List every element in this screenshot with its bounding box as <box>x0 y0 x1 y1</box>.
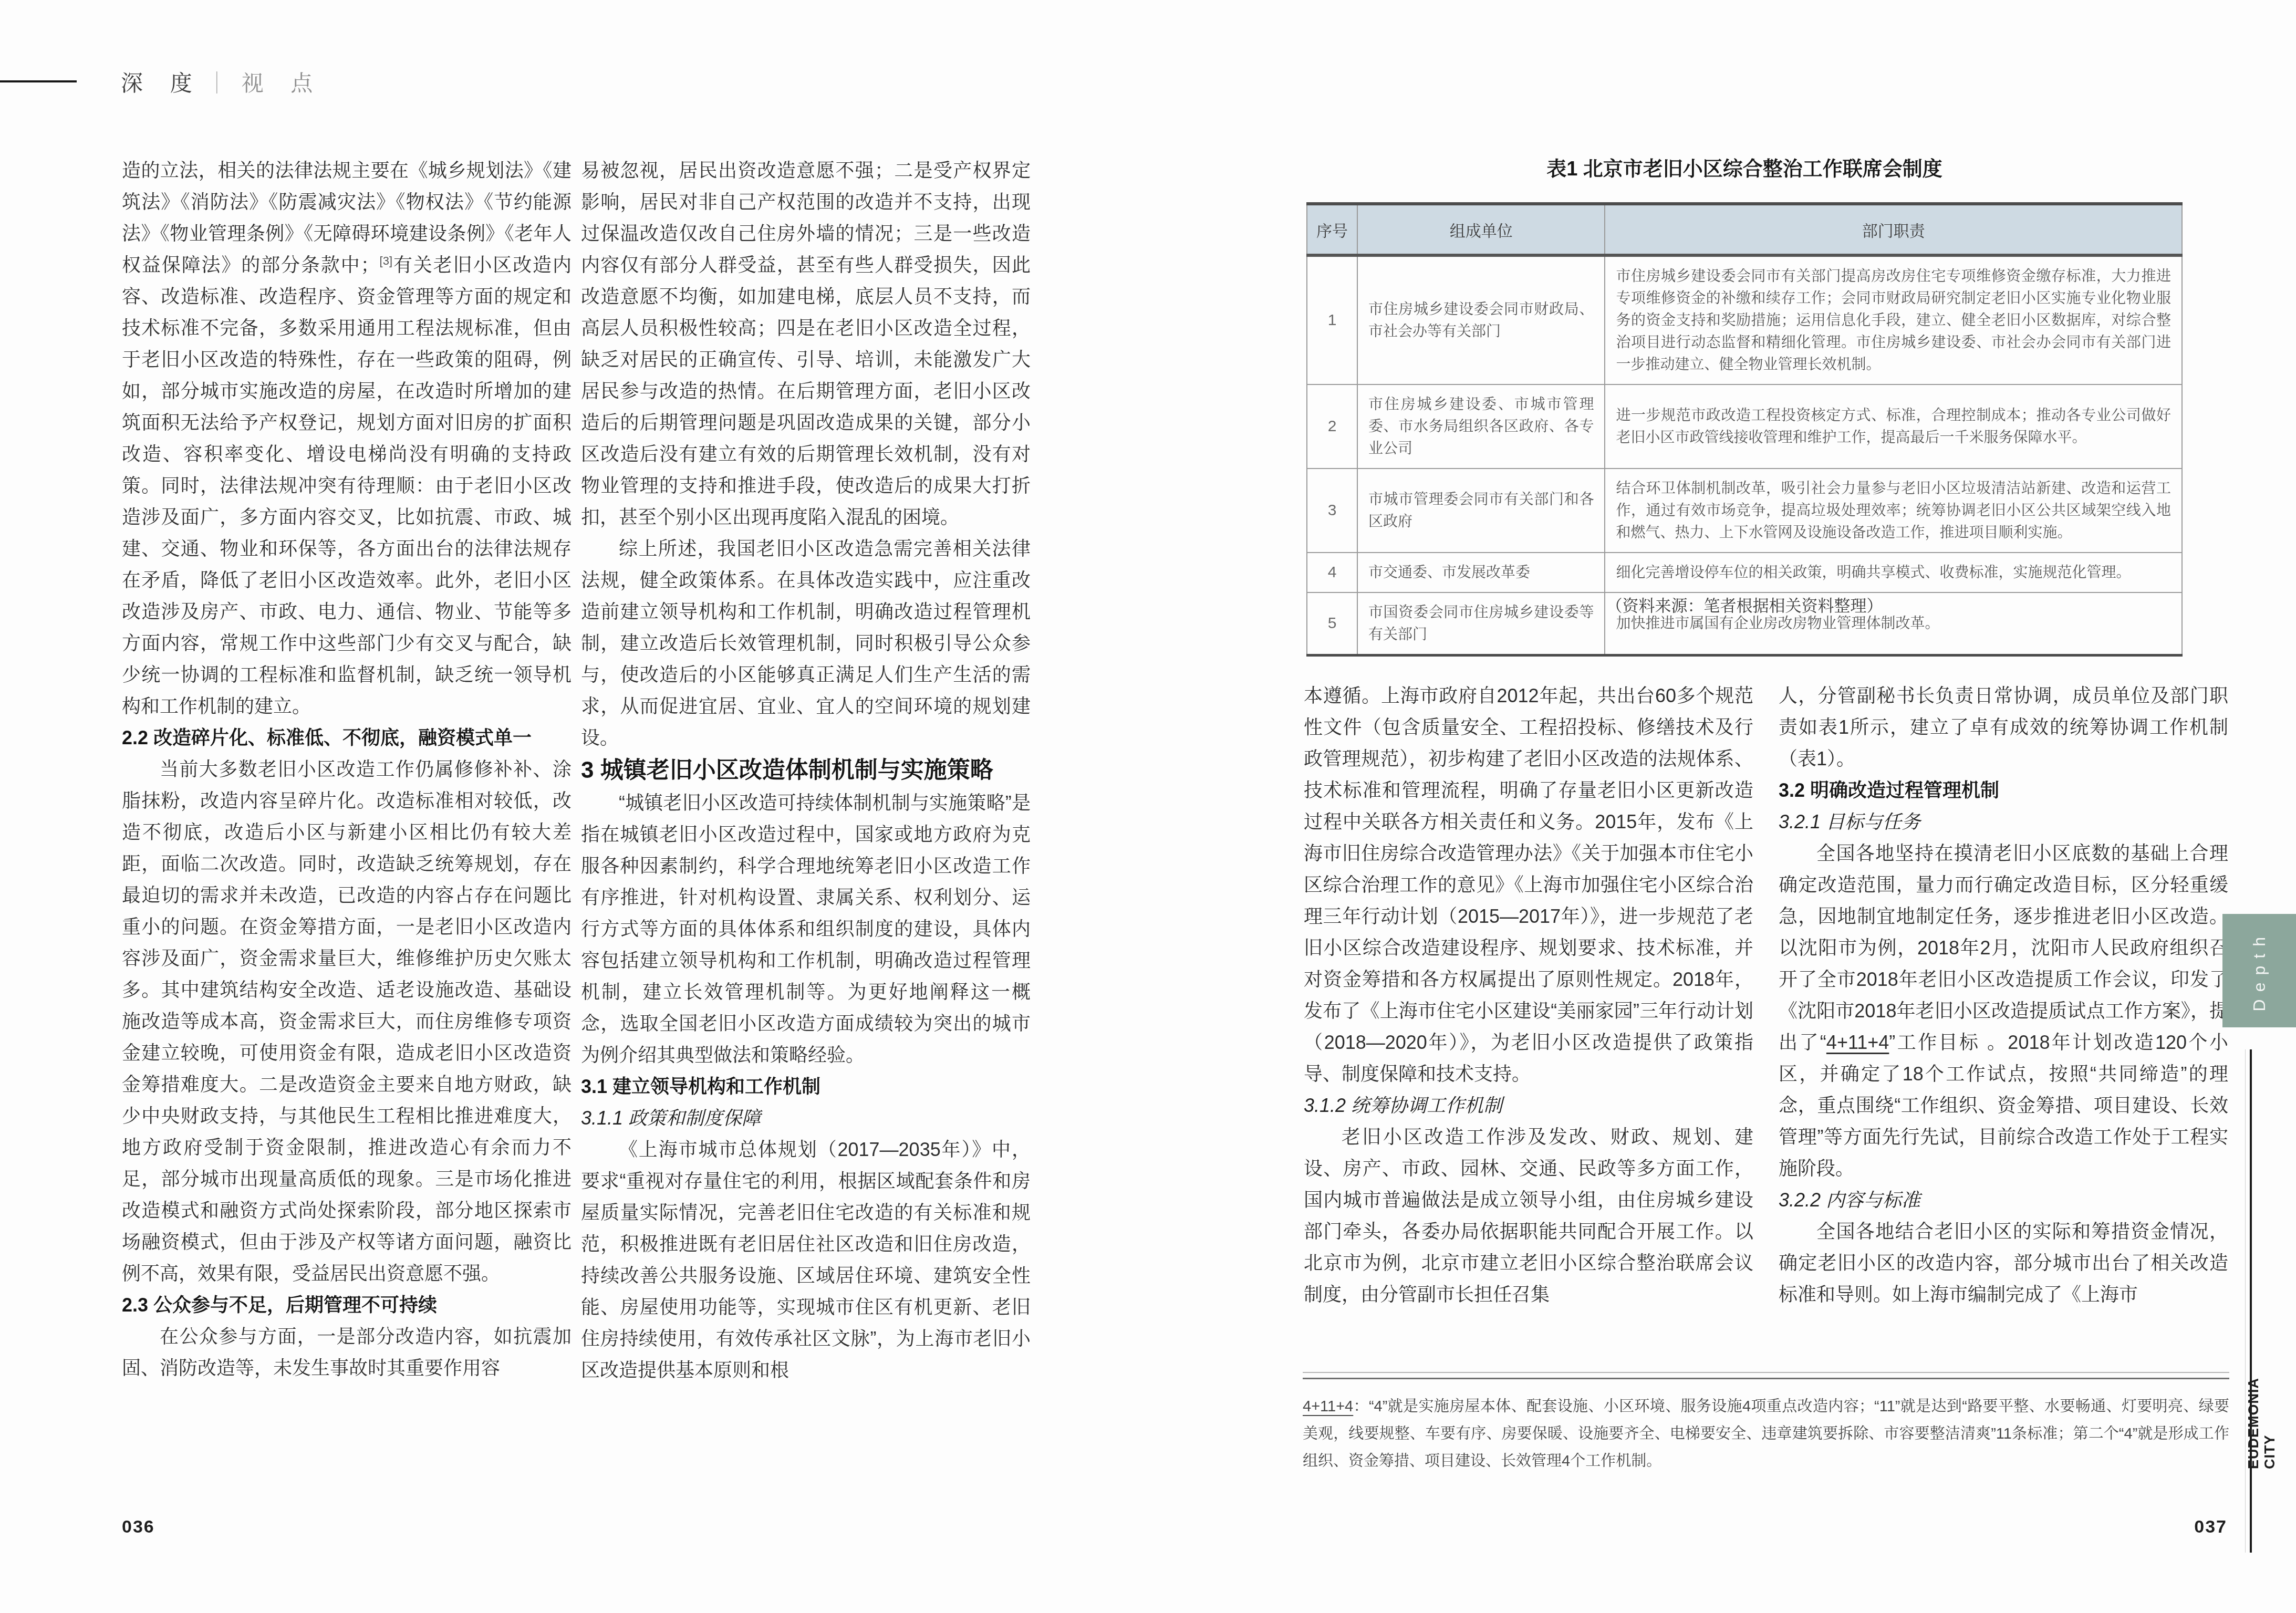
body-column-4: 人，分管副秘书长负责日常协调，成员单位及部门职责如表1所示，建立了卓有成效的统筹… <box>1779 680 2228 1310</box>
table-header-row: 序号 组成单位 部门职责 <box>1307 204 2182 255</box>
cell-no: 1 <box>1307 255 1357 384</box>
paragraph: 本遵循。上海市政府自2012年起，共出台60多个规范性文件（包含质量安全、工程招… <box>1304 680 1753 1090</box>
footnote-ref: [3] <box>380 254 392 267</box>
table-row: 4 市交通委、市发展改革委 细化完善增设停车位的相关政策，明确共享模式、收费标准… <box>1307 553 2182 592</box>
section-tab-label: Depth <box>2250 930 2269 1011</box>
footnote-rule <box>1303 1378 2229 1379</box>
paragraph-text: ”工作目标 。2018年计划改造120个小区，并确定了18个工作试点，按照“共同… <box>1779 1032 2228 1179</box>
paragraph: 老旧小区改造工作涉及发改、财政、规划、建设、房产、市政、园林、交通、民政等多方面… <box>1304 1121 1753 1310</box>
heading-2-3: 2.3 公众参与不足，后期管理不可持续 <box>122 1289 572 1321</box>
body-column-2: 易被忽视，居民出资改造意愿不强；二是受产权界定影响，居民对非自己产权范围的改造并… <box>581 155 1031 1386</box>
page-header: 深 度｜视 点 <box>121 66 323 98</box>
header-rule <box>0 80 77 82</box>
table-row: 2 市住房城乡建设委、市城市管理委、市水务局组织各区政府、各专业公司 进一步规范… <box>1307 384 2182 469</box>
paragraph: 造的立法，相关的法律法规主要在《城乡规划法》《建筑法》《消防法》《防震减灾法》《… <box>122 155 572 722</box>
header-subsection-label: 视 点 <box>242 71 324 96</box>
page-number-right: 037 <box>2127 1517 2227 1537</box>
paragraph: 《上海市城市总体规划（2017—2035年）》中，要求“重视对存量住宅的利用，根… <box>581 1134 1031 1386</box>
cell-no: 2 <box>1307 384 1357 469</box>
magazine-spread: 深 度｜视 点 造的立法，相关的法律法规主要在《城乡规划法》《建筑法》《消防法》… <box>0 0 2296 1613</box>
column-header-duty: 部门职责 <box>1605 204 2182 255</box>
table-title: 表1 北京市老旧小区综合整治工作联席会制度 <box>1306 152 2183 181</box>
footnote-block: 4+11+4：“4”就是实施房屋本体、配套设施、小区环境、服务设施4项重点改造内… <box>1303 1372 2229 1475</box>
section-tab: Depth <box>2222 914 2296 1027</box>
paragraph: 全国各地结合老旧小区的实际和筹措资金情况，确定老旧小区的改造内容，部分城市出台了… <box>1779 1216 2228 1310</box>
cell-duty: 市住房城乡建设委会同市有关部门提高房改房住宅专项维修资金缴存标准，大力推进专项维… <box>1605 255 2182 384</box>
cell-unit: 市住房城乡建设委、市城市管理委、市水务局组织各区政府、各专业公司 <box>1357 384 1605 469</box>
paragraph: 易被忽视，居民出资改造意愿不强；二是受产权界定影响，居民对非自己产权范围的改造并… <box>581 155 1031 533</box>
journal-name-text: EUDEMONIA CITY <box>2246 1347 2278 1469</box>
cell-unit: 市交通委、市发展改革委 <box>1357 553 1605 592</box>
paragraph: 综上所述，我国老旧小区改造急需完善相关法律法规，健全政策体系。在具体改造实践中，… <box>581 533 1031 754</box>
heading-3-1-1: 3.1.1 政策和制度保障 <box>581 1102 1031 1134</box>
header-section-label: 深 度 <box>121 71 203 96</box>
cell-unit: 市住房城乡建设委会同市财政局、市社会办等有关部门 <box>1357 255 1605 384</box>
cell-no: 4 <box>1307 553 1357 592</box>
paragraph-text: 有关老旧小区改造内容、改造标准、改造程序、资金管理等方面的规定和技术标准不完备，… <box>122 254 572 717</box>
side-rule <box>2250 1049 2252 1553</box>
header-divider: ｜ <box>206 71 238 96</box>
journal-name: EUDEMONIA CITY <box>2246 1347 2278 1469</box>
footnote-term: 4+11+4 <box>1303 1398 1353 1415</box>
footnote-text: 4+11+4：“4”就是实施房屋本体、配套设施、小区环境、服务设施4项重点改造内… <box>1303 1393 2229 1475</box>
footnote-body: ：“4”就是实施房屋本体、配套设施、小区环境、服务设施4项重点改造内容；“11”… <box>1303 1398 2229 1470</box>
table-row: 3 市城市管理委会同市有关部门和各区政府 结合环卫体制机制改革，吸引社会力量参与… <box>1307 469 2182 553</box>
footnote-rule <box>1303 1372 2229 1373</box>
cell-unit: 市城市管理委会同市有关部门和各区政府 <box>1357 469 1605 553</box>
table-row: 1 市住房城乡建设委会同市财政局、市社会办等有关部门 市住房城乡建设委会同市有关… <box>1307 255 2182 384</box>
column-header-unit: 组成单位 <box>1357 204 1605 255</box>
heading-3: 3 城镇老旧小区改造体制机制与实施策略 <box>581 754 1031 787</box>
paragraph: 全国各地坚持在摸清老旧小区底数的基础上合理确定改造范围，量力而行确定改造目标，区… <box>1779 838 2228 1184</box>
heading-3-2-1: 3.2.1 目标与任务 <box>1779 806 2228 838</box>
paragraph: 在公众参与方面，一是部分改造内容，如抗震加固、消防改造等，未发生事故时其重要作用… <box>122 1321 572 1384</box>
underlined-term: 4+11+4 <box>1826 1032 1889 1053</box>
heading-3-2: 3.2 明确改造过程管理机制 <box>1779 775 2228 806</box>
cell-duty: 结合环卫体制机制改革，吸引社会力量参与老旧小区垃圾清洁站新建、改造和运营工作，通… <box>1605 469 2182 553</box>
side-rule-shadow <box>2245 1049 2246 1553</box>
heading-2-2: 2.2 改造碎片化、标准低、不彻底，融资模式单一 <box>122 722 572 754</box>
paragraph-text: 全国各地坚持在摸清老旧小区底数的基础上合理确定改造范围，量力而行确定改造目标，区… <box>1779 842 2228 1053</box>
cell-duty: 进一步规范市政改造工程投资核定方式、标准，合理控制成本；推动各专业公司做好老旧小… <box>1605 384 2182 469</box>
page-number-left: 036 <box>122 1517 155 1537</box>
cell-no: 3 <box>1307 469 1357 553</box>
paragraph: 人，分管副秘书长负责日常协调，成员单位及部门职责如表1所示，建立了卓有成效的统筹… <box>1779 680 2228 775</box>
column-header-no: 序号 <box>1307 204 1357 255</box>
table-source-note: （资料来源：笔者根据相关资料整理） <box>1306 592 2183 616</box>
paragraph: 当前大多数老旧小区改造工作仍属修修补补、涂脂抹粉，改造内容呈碎片化。改造标准相对… <box>122 754 572 1289</box>
body-column-3: 本遵循。上海市政府自2012年起，共出台60多个规范性文件（包含质量安全、工程招… <box>1304 680 1753 1310</box>
cell-duty: 细化完善增设停车位的相关政策，明确共享模式、收费标准，实施规范化管理。 <box>1605 553 2182 592</box>
heading-3-2-2: 3.2.2 内容与标准 <box>1779 1184 2228 1216</box>
body-column-1: 造的立法，相关的法律法规主要在《城乡规划法》《建筑法》《消防法》《防震减灾法》《… <box>122 155 572 1384</box>
joint-meeting-table: 序号 组成单位 部门职责 1 市住房城乡建设委会同市财政局、市社会办等有关部门 … <box>1306 202 2183 657</box>
paragraph: “城镇老旧小区改造可持续体制机制与实施策略”是指在城镇老旧小区改造过程中，国家或… <box>581 787 1031 1071</box>
heading-3-1-2: 3.1.2 统筹协调工作机制 <box>1304 1090 1753 1121</box>
heading-3-1: 3.1 建立领导机构和工作机制 <box>581 1071 1031 1102</box>
